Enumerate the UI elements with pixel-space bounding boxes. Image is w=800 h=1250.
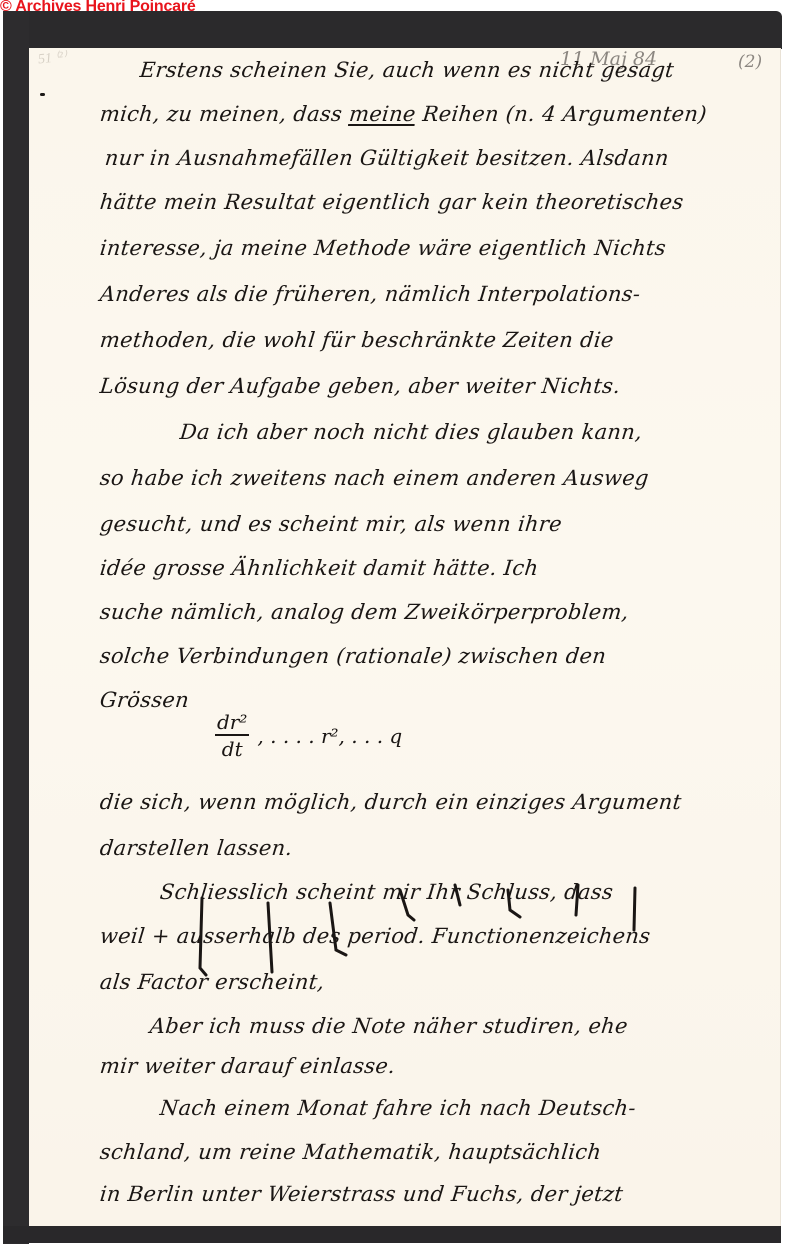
archive-pencil-mark: 51 ⁽²⁾ (37, 49, 67, 69)
letter-line-4: hätte mein Resultat eigentlich gar kein … (99, 190, 685, 214)
emphasized-word: meine (348, 102, 417, 126)
letter-line-24: schland, um reine Mathematik, hauptsächl… (99, 1140, 603, 1164)
mount-frame-bottom (3, 1226, 781, 1243)
fraction-denominator: dt (222, 736, 243, 759)
letter-line-2-start: mich, zu meinen, dass (99, 102, 344, 126)
letter-line-20: als Factor erscheint, (99, 970, 326, 994)
letter-line-18: Schliesslich scheint mir Ihr Schluss, da… (159, 880, 615, 904)
letter-line-25: in Berlin unter Weierstrass und Fuchs, d… (99, 1182, 625, 1206)
letter-line-16: die sich, wenn möglich, durch ein einzig… (99, 790, 683, 814)
letter-line-15: Grössen (99, 688, 191, 712)
letter-line-14: solche Verbindungen (rationale) zwischen… (99, 644, 608, 668)
copyright-watermark: © Archives Henri Poincaré (0, 0, 196, 16)
letter-line-9: Da ich aber noch nicht dies glauben kann… (179, 420, 644, 444)
letter-line-1: Erstens scheinen Sie, auch wenn es nicht… (139, 58, 676, 82)
letter-line-10: so habe ich zweitens nach einem anderen … (99, 466, 650, 490)
letter-line-7: methoden, die wohl für beschränkte Zeite… (99, 328, 615, 352)
letter-line-17: darstellen lassen. (99, 836, 294, 860)
letter-line-22: mir weiter darauf einlasse. (99, 1054, 397, 1078)
mount-frame-left (3, 11, 29, 1244)
mount-frame-top (3, 11, 782, 49)
math-formula: dr² dt , . . . . r², . . . q (215, 712, 402, 759)
letter-line-3: nur in Ausnahmefällen Gültigkeit besitze… (104, 146, 670, 170)
letter-line-6: Anderes als die früheren, nämlich Interp… (99, 282, 642, 306)
formula-rest: , . . . . r², . . . q (257, 724, 402, 748)
letter-page (29, 48, 781, 1226)
letter-line-2: mich, zu meinen, dass meine Reihen (n. 4… (99, 102, 708, 126)
letter-line-8: Lösung der Aufgabe geben, aber weiter Ni… (99, 374, 622, 398)
letter-line-21: Aber ich muss die Note näher studiren, e… (149, 1014, 629, 1038)
letter-line-12: idée grosse Ähnlichkeit damit hätte. Ich (99, 556, 540, 580)
letter-line-2-end: Reihen (n. 4 Argumenten) (414, 102, 708, 126)
letter-line-23: Nach einem Monat fahre ich nach Deutsch- (159, 1096, 637, 1120)
page-number: (2) (738, 52, 762, 72)
fraction: dr² dt (215, 712, 249, 759)
letter-line-19: weil + ausserhalb des period. Functionen… (99, 924, 652, 948)
ink-blot (40, 93, 45, 96)
letter-line-11: gesucht, und es scheint mir, als wenn ih… (99, 512, 564, 536)
fraction-numerator: dr² (215, 712, 249, 736)
letter-line-13: suche nämlich, analog dem Zweikörperprob… (99, 600, 630, 624)
letter-line-5: interesse, ja meine Methode wäre eigentl… (99, 236, 668, 260)
